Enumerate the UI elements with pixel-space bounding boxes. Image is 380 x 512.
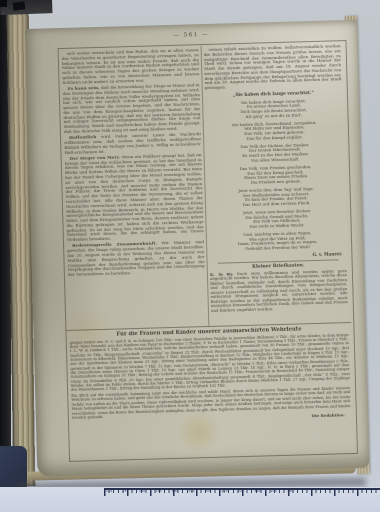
ruler-numbers: 140 150 160 170 180 190 200 210 220 230 …: [106, 489, 378, 493]
paragraph: sich weiter entwickeln und den Ruhm, den…: [62, 48, 200, 85]
scale-strip: 140 150 160 170 180 190 200 210 220 230 …: [0, 487, 380, 512]
paragraph-text: seinen Inhalt ausstellen zu wollen. Selb…: [204, 44, 342, 90]
paragraph: seinen Inhalt ausstellen zu wollen. Selb…: [204, 44, 342, 91]
left-column: sich weiter entwickeln und den Ruhm, den…: [62, 48, 207, 330]
book-cover-top-edge: [0, 0, 52, 15]
poem: „Sie haben dich lange verachtet.“ Sie ha…: [205, 90, 346, 253]
poem-stanza: Das Volk der Dichter, der Denker, Der tr…: [206, 142, 343, 165]
cover-corner-fragment: [13, 1, 26, 11]
briefkasten-body: Euch stets willkommen und werden später …: [210, 268, 348, 313]
poem-stanza: Sie hatten dich, Deutschland, zerspalten…: [206, 120, 343, 143]
paragraph-text: sich weiter entwickeln und den Ruhm, den…: [62, 48, 200, 85]
paragraph: Der Sieger von Metz. Wenn ein Feldherr g…: [65, 153, 204, 243]
scanned-page: — 561 — sich weiter entwickeln und den R…: [25, 20, 369, 477]
briefkasten-text: K. in By. Euch stets willkommen und werd…: [210, 269, 348, 314]
paragraph-text: Wenn ein Feldherr gesagt hat, daß im Kri…: [65, 152, 204, 242]
donations-list-text: gingen weiter ein: N. C. und F. K. in So…: [70, 333, 350, 393]
paragraph: Es kann sein, daß die Entwicklung der Di…: [63, 83, 201, 135]
cover-corner-fragment: [0, 0, 7, 7]
book-scan-photo: — 561 — sich weiter entwickeln und den R…: [0, 0, 380, 512]
donations-section: Für die Frauen und Kinder unserer ausmar…: [70, 325, 352, 457]
right-column: seinen Inhalt ausstellen zu wollen. Selb…: [204, 44, 349, 326]
poem-stanza: Und, mächtig wie in alten Tagen, Wie ein…: [209, 230, 346, 253]
paragraph: Bedeutungsvolle Zusammenkunft. Wir Mainz…: [67, 241, 205, 278]
poem-stanza: Das Volk, vom Frieden geschieden, Das fü…: [207, 164, 344, 187]
poem-stanza: Jetzt, wenn nun ferneher drohen Die fals…: [208, 208, 345, 231]
paragraph-text: daß die Entwicklung der Dinge in Mainz u…: [63, 82, 201, 134]
poem-stanza: Jetzt wuchs ihm, dem Tag’ und Tage, Der …: [208, 186, 345, 209]
poem-stanzas: Sie haben dich lange verachtet, Du armes…: [205, 98, 346, 253]
poem-stanza: Sie haben dich lange verachtet, Du armes…: [205, 98, 342, 121]
